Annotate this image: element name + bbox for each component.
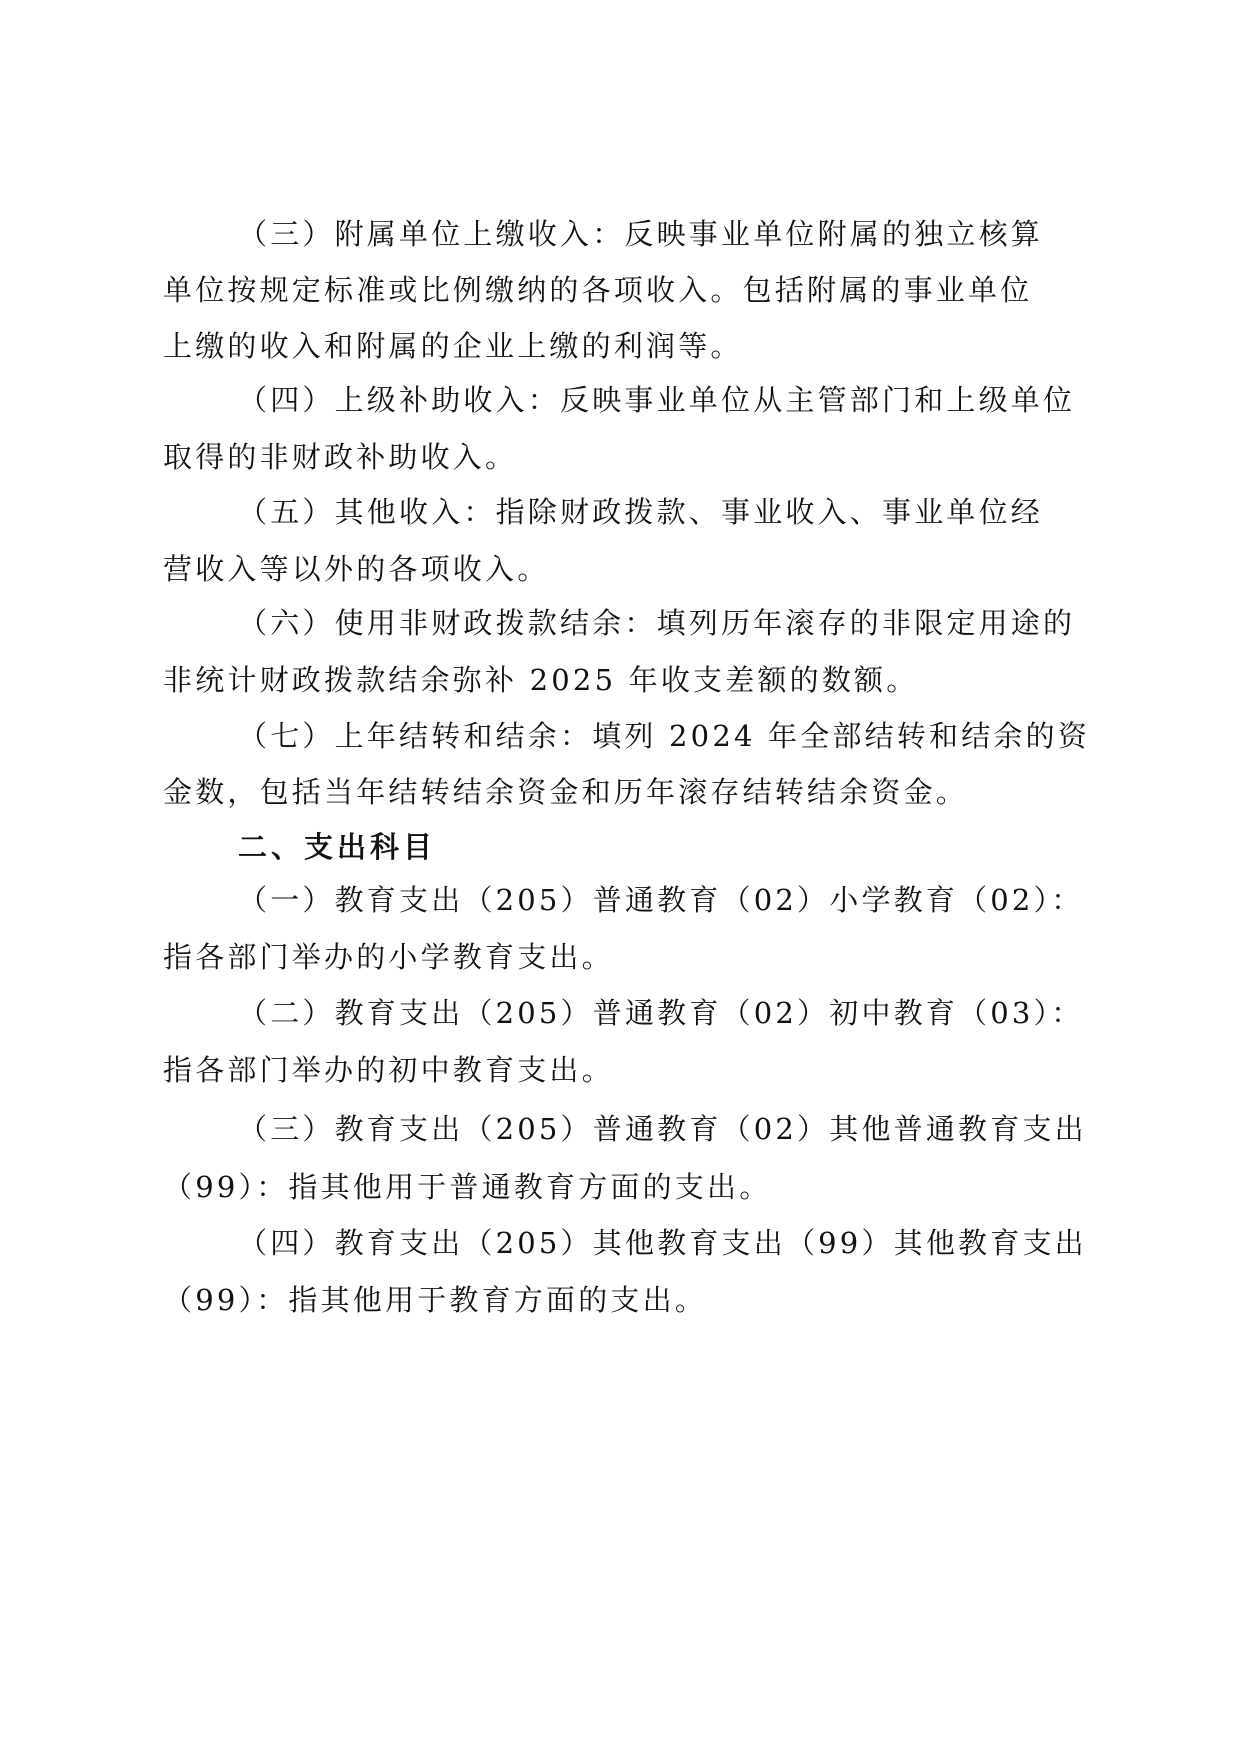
paragraph-line: （一）教育支出（205）普通教育（02）小学教育（02）： xyxy=(238,880,1158,920)
paragraph-line: （五）其他收入：指除财政拨款、事业收入、事业单位经 xyxy=(238,492,1158,532)
paragraph-line: （四）上级补助收入：反映事业单位从主管部门和上级单位 xyxy=(238,380,1158,420)
paragraph-line: 金数，包括当年结转结余资金和历年滚存结转结余资金。 xyxy=(163,772,1083,812)
paragraph-line: 单位按规定标准或比例缴纳的各项收入。包括附属的事业单位 xyxy=(163,270,1083,310)
paragraph-line: 指各部门举办的小学教育支出。 xyxy=(163,937,1083,977)
section-heading: 二、支出科目 xyxy=(238,827,1158,867)
paragraph-line: （99）：指其他用于普通教育方面的支出。 xyxy=(163,1167,1083,1207)
paragraph-line: （四）教育支出（205）其他教育支出（99）其他教育支出 xyxy=(238,1223,1158,1263)
document-page: （三）附属单位上缴收入：反映事业单位附属的独立核算 单位按规定标准或比例缴纳的各… xyxy=(0,0,1241,1755)
paragraph-line: 非统计财政拨款结余弥补 2025 年收支差额的数额。 xyxy=(163,660,1083,700)
paragraph-line: 指各部门举办的初中教育支出。 xyxy=(163,1050,1083,1090)
paragraph-line: 上缴的收入和附属的企业上缴的利润等。 xyxy=(163,326,1083,366)
paragraph-line: （三）附属单位上缴收入：反映事业单位附属的独立核算 xyxy=(238,214,1158,254)
paragraph-line: （七）上年结转和结余：填列 2024 年全部结转和结余的资 xyxy=(238,716,1158,756)
paragraph-line: （三）教育支出（205）普通教育（02）其他普通教育支出 xyxy=(238,1109,1158,1149)
paragraph-line: （六）使用非财政拨款结余：填列历年滚存的非限定用途的 xyxy=(238,603,1158,643)
paragraph-line: 取得的非财政补助收入。 xyxy=(163,437,1083,477)
paragraph-line: （二）教育支出（205）普通教育（02）初中教育（03）： xyxy=(238,993,1158,1033)
paragraph-line: 营收入等以外的各项收入。 xyxy=(163,549,1083,589)
paragraph-line: （99）：指其他用于教育方面的支出。 xyxy=(163,1280,1083,1320)
